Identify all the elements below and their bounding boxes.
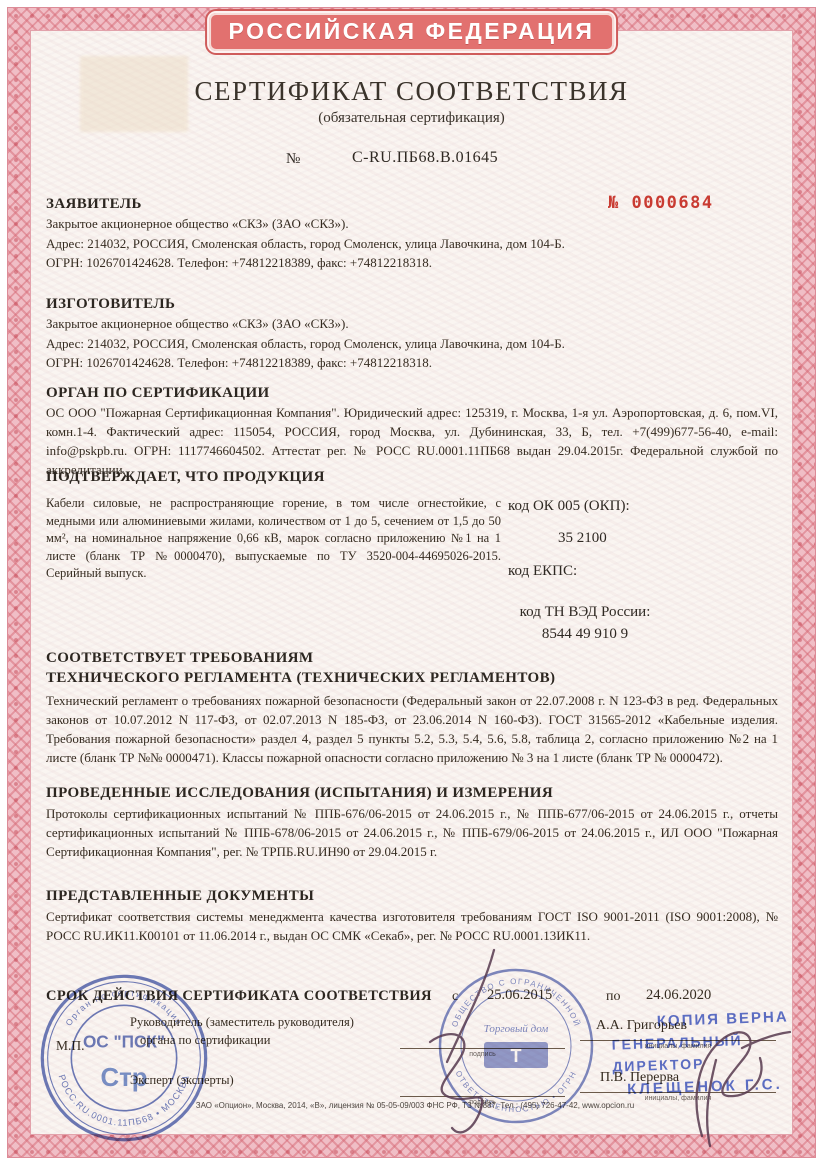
manufacturer-info: Закрытое акционерное общество «СКЗ» (ЗАО… [46,314,778,373]
applicant-heading: ЗАЯВИТЕЛЬ [46,196,142,213]
certificate-document: РОССИЙСКАЯ ФЕДЕРАЦИЯ СЕРТИФИКАТ СООТВЕТС… [0,0,823,1165]
ekps-code-label: код ЕКПС: [508,563,778,580]
print-house-info: ЗАО «Опцион», Москва, 2014, «В», лицензи… [88,1101,742,1110]
okp-code-value: 35 2100 [558,530,778,547]
certificate-number-label: № [286,151,300,168]
head-role-line1: Руководитель (заместитель руководителя) [130,1013,354,1031]
okp-code-label: код ОК 005 (ОКП): [508,498,778,515]
compliance-heading-2: ТЕХНИЧЕСКОГО РЕГЛАМЕНТА (ТЕХНИЧЕСКИХ РЕГ… [46,670,555,687]
head-role-line2: органа по сертификации [140,1031,354,1049]
tests-heading: ПРОВЕДЕННЫЕ ИССЛЕДОВАНИЯ (ИСПЫТАНИЯ) И И… [46,785,553,802]
manufacturer-name: Закрытое акционерное общество «СКЗ» (ЗАО… [46,314,778,334]
head-signature-line [400,1032,565,1049]
tests-text: Протоколы сертификационных испытаний № П… [46,804,778,861]
head-name-line [580,1024,776,1041]
product-description: Кабели силовые, не распространяющие горе… [46,495,501,583]
stamp-place-label: М.П. [56,1036,85,1056]
documents-heading: ПРЕДСТАВЛЕННЫЕ ДОКУМЕНТЫ [46,888,314,905]
tnved-code: код ТН ВЭД России: 8544 49 910 9 [450,604,720,643]
applicant-name: Закрытое акционерное общество «СКЗ» (ЗАО… [46,214,778,234]
documents-text: Сертификат соответствия системы менеджме… [46,907,778,945]
head-signature-caption: подпись [400,1051,565,1058]
compliance-heading-1: СООТВЕТСТВУЕТ ТРЕБОВАНИЯМ [46,650,313,667]
expert-role: Эксперт (эксперты) [130,1071,234,1091]
manufacturer-ogrn-phone: ОГРН: 1026701424628. Телефон: +748122183… [46,353,778,373]
tnved-code-value: 8544 49 910 9 [450,626,720,643]
tnved-code-label: код ТН ВЭД России: [450,604,720,621]
cert-body-text: ОС ООО "Пожарная Сертификационная Компан… [46,403,778,479]
certificate-number: C-RU.ПБ68.В.01645 [352,149,498,167]
applicant-address: Адрес: 214032, РОССИЯ, Смоленская област… [46,234,778,254]
page-title: СЕРТИФИКАТ СООТВЕТСТВИЯ [0,76,823,107]
manufacturer-address: Адрес: 214032, РОССИЯ, Смоленская област… [46,334,778,354]
manufacturer-heading: ИЗГОТОВИТЕЛЬ [46,296,175,313]
page-subtitle: (обязательная сертификация) [0,110,823,127]
head-role: Руководитель (заместитель руководителя) … [130,1013,354,1049]
product-heading: ПОДТВЕРЖДАЕТ, ЧТО ПРОДУКЦИЯ [46,469,325,486]
expert-name-line [580,1076,776,1093]
blank-serial-number: № 0000684 [608,193,714,213]
compliance-text: Технический регламент о требованиях пожа… [46,691,778,767]
validity-from-label: с [452,987,458,1007]
country-banner: РОССИЙСКАЯ ФЕДЕРАЦИЯ [209,13,615,51]
product-codes: код ОК 005 (ОКП): 35 2100 код ЕКПС: [508,498,778,580]
validity-to-date: 24.06.2020 [646,986,711,1006]
cert-body-heading: ОРГАН ПО СЕРТИФИКАЦИИ [46,385,270,402]
expert-signature-line [400,1080,565,1097]
validity-to-label: по [606,987,621,1007]
applicant-info: Закрытое акционерное общество «СКЗ» (ЗАО… [46,214,778,273]
validity-from-date: 25.06.2015 [487,986,552,1006]
head-name-caption: инициалы, фамилия [580,1043,776,1050]
validity-heading: СРОК ДЕЙСТВИЯ СЕРТИФИКАТА СООТВЕТСТВИЯ [46,988,432,1005]
applicant-ogrn-phone: ОГРН: 1026701424628. Телефон: +748122183… [46,253,778,273]
